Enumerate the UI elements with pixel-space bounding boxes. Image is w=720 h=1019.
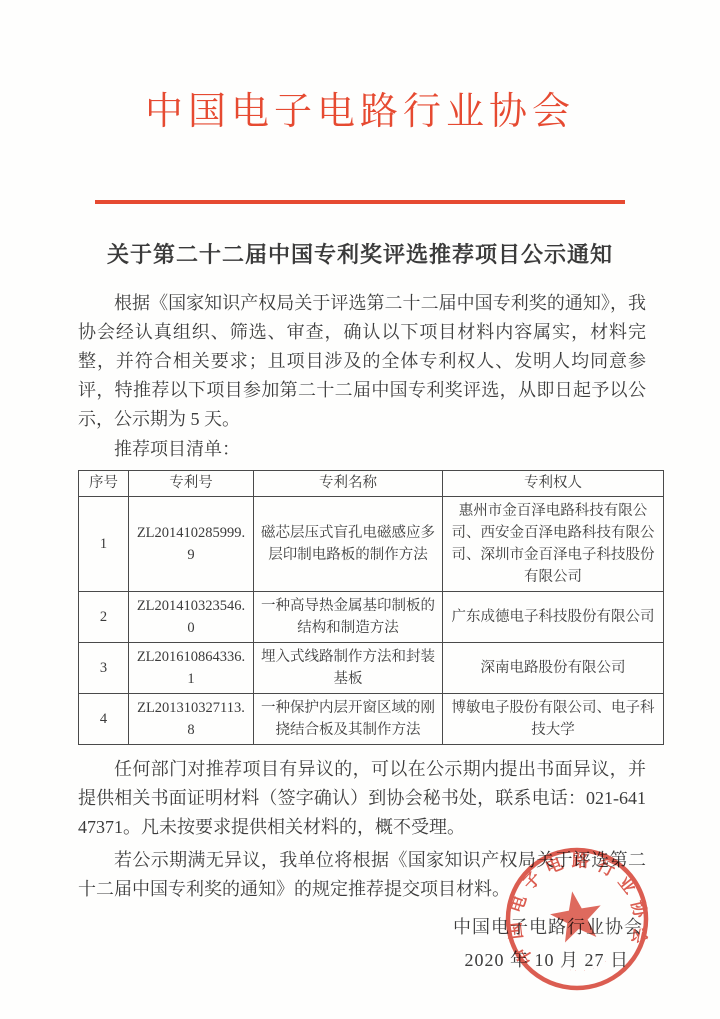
cell-patentee: 广东成德电子科技股份有限公司 bbox=[443, 591, 664, 642]
cell-patent-name: 埋入式线路制作方法和封装基板 bbox=[254, 642, 443, 693]
cell-index: 2 bbox=[79, 591, 129, 642]
list-label: 推荐项目清单： bbox=[78, 435, 646, 464]
cell-patent-number: ZL201410285999.9 bbox=[129, 496, 254, 591]
cell-patent-name: 一种高导热金属基印制板的结构和制造方法 bbox=[254, 591, 443, 642]
notice-title: 关于第二十二届中国专利奖评选推荐项目公示通知 bbox=[0, 238, 720, 269]
cell-patentee: 博敏电子股份有限公司、电子科技大学 bbox=[443, 693, 664, 744]
table-row: 1 ZL201410285999.9 磁芯层压式盲孔电磁感应多层印制电路板的制作… bbox=[79, 496, 664, 591]
recommendation-table: 序号 专利号 专利名称 专利权人 1 ZL201410285999.9 磁芯层压… bbox=[78, 470, 664, 745]
col-header-patentee: 专利权人 bbox=[443, 470, 664, 496]
cell-patent-number: ZL201310327113.8 bbox=[129, 693, 254, 744]
cell-patentee: 惠州市金百泽电路科技有限公司、西安金百泽电路科技有限公司、深圳市金百泽电子科技股… bbox=[443, 496, 664, 591]
closing-paragraph: 若公示期满无异议，我单位将根据《国家知识产权局关于评选第二十二届中国专利奖的通知… bbox=[78, 846, 646, 904]
cell-patentee: 深南电路股份有限公司 bbox=[443, 642, 664, 693]
cell-index: 1 bbox=[79, 496, 129, 591]
cell-patent-name: 一种保护内层开窗区域的刚挠结合板及其制作方法 bbox=[254, 693, 443, 744]
signature-date: 2020 年 10 月 27 日 bbox=[0, 945, 643, 975]
col-header-index: 序号 bbox=[79, 470, 129, 496]
document-page: 中国电子电路行业协会 关于第二十二届中国专利奖评选推荐项目公示通知 根据《国家知… bbox=[0, 0, 720, 1019]
cell-index: 3 bbox=[79, 642, 129, 693]
cell-index: 4 bbox=[79, 693, 129, 744]
intro-paragraph: 根据《国家知识产权局关于评选第二十二届中国专利奖的通知》，我协会经认真组织、筛选… bbox=[78, 289, 646, 434]
table-header-row: 序号 专利号 专利名称 专利权人 bbox=[79, 470, 664, 496]
table-row: 4 ZL201310327113.8 一种保护内层开窗区域的刚挠结合板及其制作方… bbox=[79, 693, 664, 744]
objection-paragraph: 任何部门对推荐项目有异议的，可以在公示期内提出书面异议，并提供相关书面证明材料（… bbox=[78, 755, 646, 842]
signature-org: 中国电子电路行业协会 bbox=[0, 912, 643, 942]
cell-patent-number: ZL201610864336.1 bbox=[129, 642, 254, 693]
col-header-patent-name: 专利名称 bbox=[254, 470, 443, 496]
col-header-patent-number: 专利号 bbox=[129, 470, 254, 496]
masthead-divider bbox=[95, 200, 625, 204]
association-masthead: 中国电子电路行业协会 bbox=[0, 0, 720, 136]
table-row: 2 ZL201410323546.0 一种高导热金属基印制板的结构和制造方法 广… bbox=[79, 591, 664, 642]
cell-patent-number: ZL201410323546.0 bbox=[129, 591, 254, 642]
cell-patent-name: 磁芯层压式盲孔电磁感应多层印制电路板的制作方法 bbox=[254, 496, 443, 591]
table-row: 3 ZL201610864336.1 埋入式线路制作方法和封装基板 深南电路股份… bbox=[79, 642, 664, 693]
signature-block: 中国电子电路行业协会 2020 年 10 月 27 日 中国电子电路行业协会 ·… bbox=[0, 912, 643, 975]
